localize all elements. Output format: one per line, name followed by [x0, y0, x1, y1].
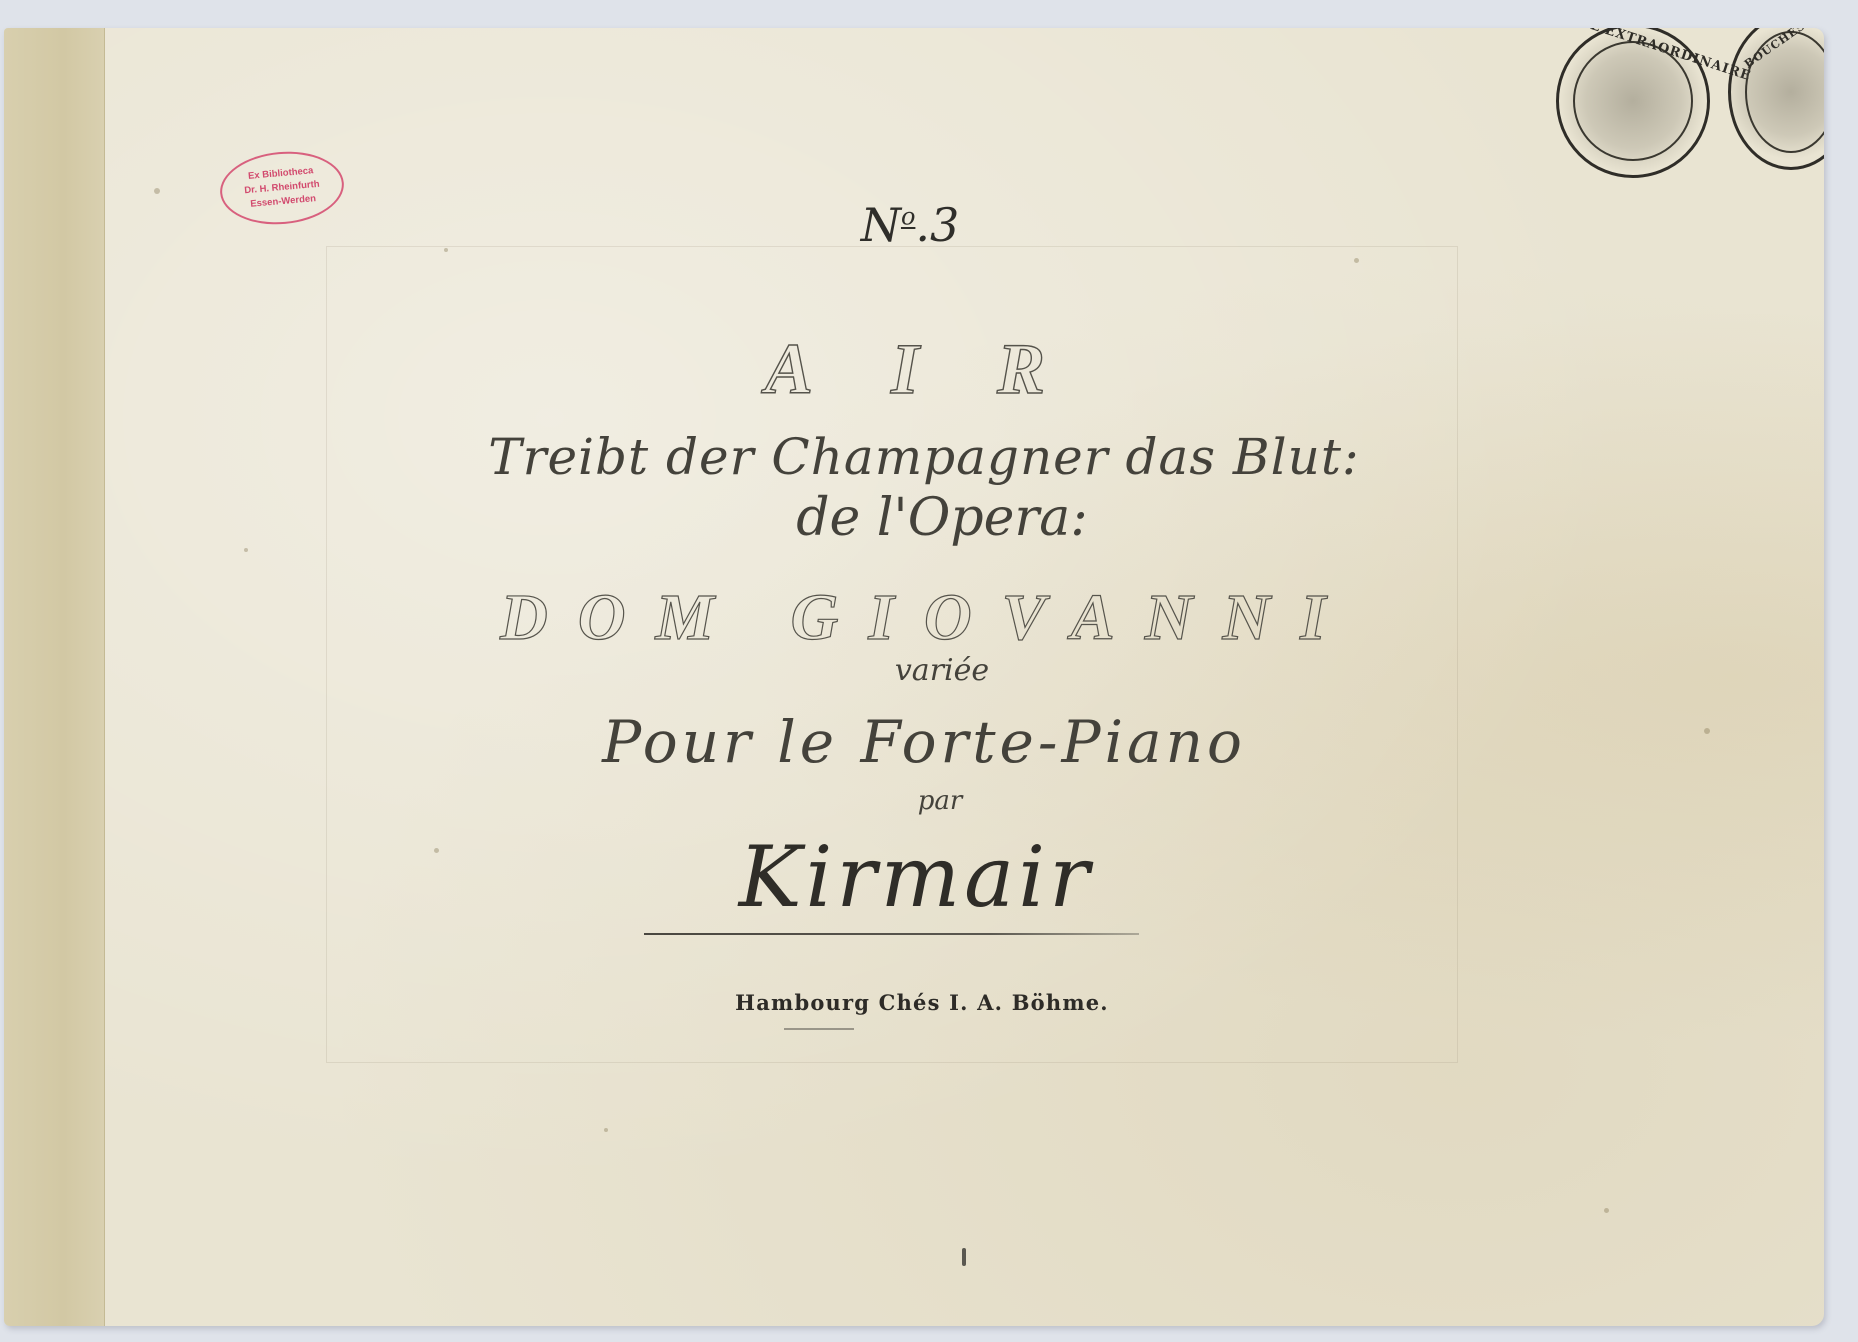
foxing-speck	[154, 188, 160, 194]
divider-rule	[644, 933, 1139, 935]
title-page: Ex Bibliotheca Dr. H. Rheinfurth Essen-W…	[4, 28, 1824, 1326]
short-rule	[784, 1028, 854, 1030]
number-label: No.3	[4, 198, 1820, 252]
number-prefix: N	[861, 198, 901, 252]
title-air: AIR	[34, 328, 1824, 411]
tax-seal-left: A L'EXTRAORDINAIRE	[1556, 28, 1710, 178]
number-superscript: o	[901, 203, 915, 231]
number-value: .3	[915, 198, 959, 252]
foxing-speck	[434, 848, 439, 853]
opera-title: DOM GIOVANNI	[18, 580, 1824, 656]
tax-seal-right: BOUCHES DU	[1728, 28, 1824, 170]
ink-mark	[962, 1248, 966, 1266]
subtitle-line-1: Treibt der Champagner das Blut:	[14, 428, 1824, 486]
foxing-speck	[444, 248, 448, 252]
subtitle-line-2: de l'Opera:	[32, 488, 1824, 548]
foxing-speck	[1704, 728, 1710, 734]
foxing-speck	[1354, 258, 1359, 263]
composer-name: Kirmair	[6, 828, 1824, 926]
instrument-line: Pour le Forte-Piano	[14, 708, 1824, 776]
foxing-speck	[244, 548, 248, 552]
publisher-line: Hambourg Chés I. A. Böhme.	[12, 990, 1824, 1015]
variee-label: variée	[32, 653, 1824, 688]
foxing-speck	[1604, 1208, 1609, 1213]
foxing-speck	[604, 1128, 608, 1132]
par-label: par	[30, 786, 1824, 816]
